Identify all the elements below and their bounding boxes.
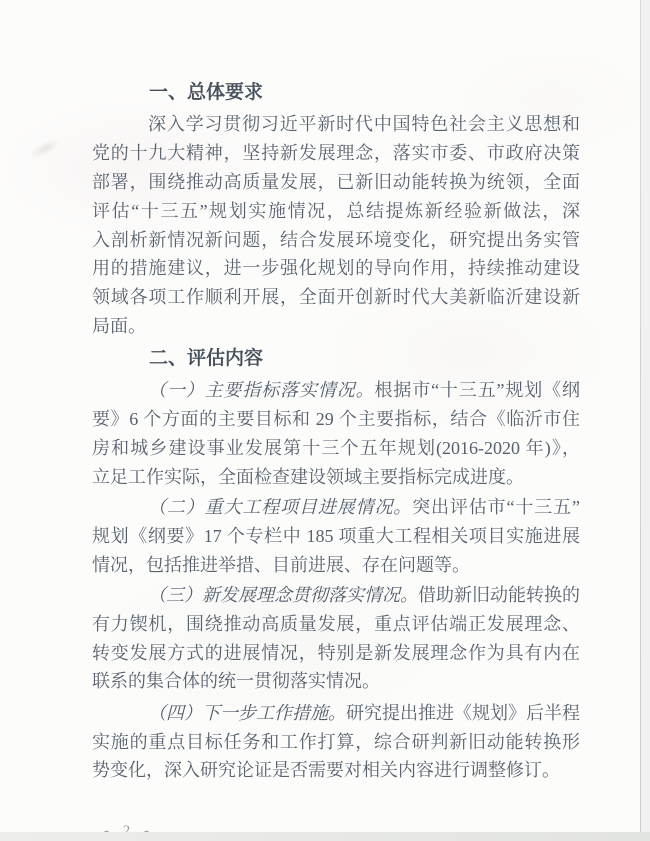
section-heading-2: 二、评估内容 — [92, 346, 637, 372]
scanned-document-page: { "page": { "number_label": "- 2 -", "pa… — [0, 0, 650, 841]
doc-line: 评估“十三五”规划实施情况，总结提炼新经验新做法，深 — [92, 198, 580, 224]
item-heading-3: （三）新发展理念贯彻落实情况。 — [148, 585, 418, 605]
doc-line-text: 借助新旧动能转换的 — [418, 585, 580, 605]
doc-line: 转变发展方式的进展情况，特别是新发展理念作为具有内在 — [92, 640, 580, 666]
doc-line: （四）下一步工作措施。研究提出推进《规划》后半程 — [92, 700, 580, 726]
scan-edge-line — [640, 0, 641, 841]
doc-line: 房和城乡建设事业发展第十三个五年规划(2016-2020 年)》， — [92, 435, 580, 461]
doc-line: 局面。 — [92, 313, 580, 339]
doc-line: 领域各项工作顺利开展，全面开创新时代大美新临沂建设新 — [92, 284, 580, 310]
doc-line: 深入学习贯彻习近平新时代中国特色社会主义思想和 — [92, 111, 580, 137]
doc-line: （二）重大工程项目进展情况。突出评估市“十三五” — [92, 494, 580, 520]
scan-right-strip — [641, 0, 650, 841]
doc-line: 实施的重点目标任务和工作打算，综合研判新旧动能转换形 — [92, 729, 580, 755]
doc-line: 要》6 个方面的主要目标和 29 个主要指标，结合《临沂市住 — [92, 406, 580, 432]
doc-line: 立足工作实际，全面检查建设领域主要指标完成进度。 — [92, 464, 580, 490]
doc-line: 情况，包括推进举措、目前进展、存在问题等。 — [92, 552, 580, 578]
scan-bottom-shadow — [0, 832, 650, 841]
doc-line: 有力锲机，围绕推动高质量发展，重点评估端正发展理念、 — [92, 611, 580, 637]
doc-line-text: 根据市“十三五”规划《纲 — [374, 380, 580, 400]
doc-line: 规划《纲要》17 个专栏中 185 项重大工程相关项目实施进展 — [92, 523, 580, 549]
doc-line: 用的措施建议，进一步强化规划的导向作用，持续推动建设 — [92, 255, 580, 281]
item-heading-1: （一）主要指标落实情况。 — [148, 380, 374, 400]
doc-line: （一）主要指标落实情况。根据市“十三五”规划《纲 — [92, 377, 580, 403]
doc-line: 党的十九大精神，坚持新发展理念，落实市委、市政府决策 — [92, 140, 580, 166]
doc-line: 入剖析新情况新问题，结合发展环境变化，研究提出务实管 — [92, 227, 580, 253]
doc-line-text: 突出评估市“十三五” — [412, 497, 580, 517]
doc-line: 联系的集合体的统一贯彻落实情况。 — [92, 668, 580, 694]
scan-smudge — [27, 135, 63, 162]
item-heading-2: （二）重大工程项目进展情况。 — [148, 497, 412, 517]
item-heading-4: （四）下一步工作措施。 — [148, 703, 346, 723]
doc-line: （三）新发展理念贯彻落实情况。借助新旧动能转换的 — [92, 582, 580, 608]
doc-line-text: 研究提出推进《规划》后半程 — [346, 703, 580, 723]
doc-line: 势变化，深入研究论证是否需要对相关内容进行调整修订。 — [92, 757, 580, 783]
doc-line: 部署，围绕推动高质量发展，已新旧动能转换为统领，全面 — [92, 169, 580, 195]
scanned-page: 一、总体要求 深入学习贯彻习近平新时代中国特色社会主义思想和 党的十九大精神，坚… — [0, 0, 650, 841]
section-heading-1: 一、总体要求 — [92, 80, 637, 106]
